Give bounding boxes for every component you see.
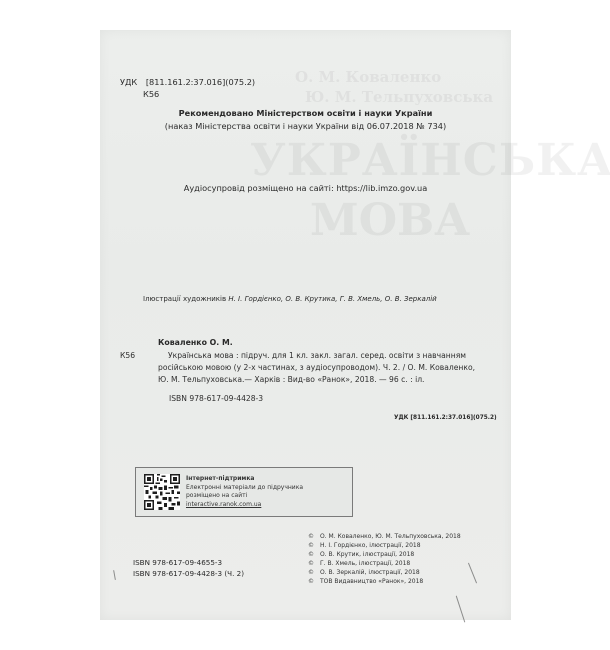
support-title: Інтернет-підтримка (186, 475, 303, 484)
copyright-icon: © (308, 569, 320, 578)
bib-author: Коваленко О. М. (158, 338, 233, 347)
recommendation: Рекомендовано Міністерством освіти і нау… (100, 108, 511, 118)
udk-right: УДК [811.161.2:37.016](075.2) (394, 415, 497, 421)
ministry-order: (наказ Міністерства освіти і науки Украї… (100, 121, 511, 131)
bleed-author-1: О. М. Коваленко (295, 68, 441, 86)
scan-mark (113, 570, 116, 580)
copyright-icon: © (308, 578, 320, 587)
udk-label: УДК (120, 77, 137, 87)
support-line-2: розміщено на сайті (186, 492, 303, 501)
bib-line-3: Ю. М. Тельпуховська.— Харків : Вид-во «Р… (158, 374, 424, 386)
internet-support-box: Інтернет-підтримка Електронні матеріали … (135, 467, 353, 517)
copyright-item: ©ТОВ Видавництво «Ранок», 2018 (308, 578, 461, 587)
bib-line-1: Українська мова : підруч. для 1 кл. закл… (158, 350, 466, 362)
bleed-author-2: Ю. М. Тельпуховська (305, 88, 493, 106)
bleed-title-1: УКРАЇНСЬКА (250, 135, 610, 186)
copyright-item: ©О. В. Зеркалій, ілюстрації, 2018 (308, 569, 461, 578)
bib-line-2: російською мовою (у 2-х частинах, з ауді… (158, 362, 475, 374)
copyright-item: ©О. М. Коваленко, Ю. М. Тельпуховська, 2… (308, 533, 461, 542)
support-line-1: Електронні матеріали до підручника (186, 484, 303, 493)
copyright-icon: © (308, 551, 320, 560)
author-mark-top: К56 (143, 89, 159, 99)
bib-isbn: ISBN 978-617-09-4428-3 (169, 393, 263, 405)
illustrators-credit: Ілюстрації художників Н. І. Гордієнко, О… (143, 295, 437, 303)
copyright-icon: © (308, 542, 320, 551)
copyright-list: ©О. М. Коваленко, Ю. М. Тельпуховська, 2… (308, 533, 461, 586)
copyright-item: ©Г. В. Хмель, ілюстрації, 2018 (308, 560, 461, 569)
copyright-icon: © (308, 533, 320, 542)
isbn-part-2: ISBN 978-617-09-4428-3 (Ч. 2) (133, 569, 244, 580)
bleed-title-2: МОВА (310, 195, 470, 246)
scan-mark (456, 596, 466, 623)
copyright-icon: © (308, 560, 320, 569)
copyright-item: ©О. В. Крутик, ілюстрації, 2018 (308, 551, 461, 560)
book-imprint-page: О. М. Коваленко Ю. М. Тельпуховська УКРА… (100, 30, 511, 620)
isbn-list: ISBN 978-617-09-4655-3 ISBN 978-617-09-4… (133, 558, 244, 579)
udk-code: [811.161.2:37.016](075.2) (146, 77, 255, 87)
qr-code-icon[interactable] (144, 474, 180, 510)
audio-support-note: Аудіосупровід розміщено на сайті: https:… (100, 183, 511, 193)
support-link[interactable]: interactive.ranok.com.ua (186, 501, 303, 510)
isbn-set: ISBN 978-617-09-4655-3 (133, 558, 244, 569)
scan-mark (468, 563, 477, 584)
illustrators-prefix: Ілюстрації художників (143, 295, 226, 303)
illustrators-names: Н. І. Гордієнко, О. В. Крутика, Г. В. Хм… (228, 295, 436, 303)
support-text: Інтернет-підтримка Електронні матеріали … (186, 475, 303, 509)
copyright-item: ©Н. І. Гордієнко, ілюстрації, 2018 (308, 542, 461, 551)
bib-mark: К56 (120, 350, 135, 362)
udk-top: УДК [811.161.2:37.016](075.2) (120, 77, 255, 87)
